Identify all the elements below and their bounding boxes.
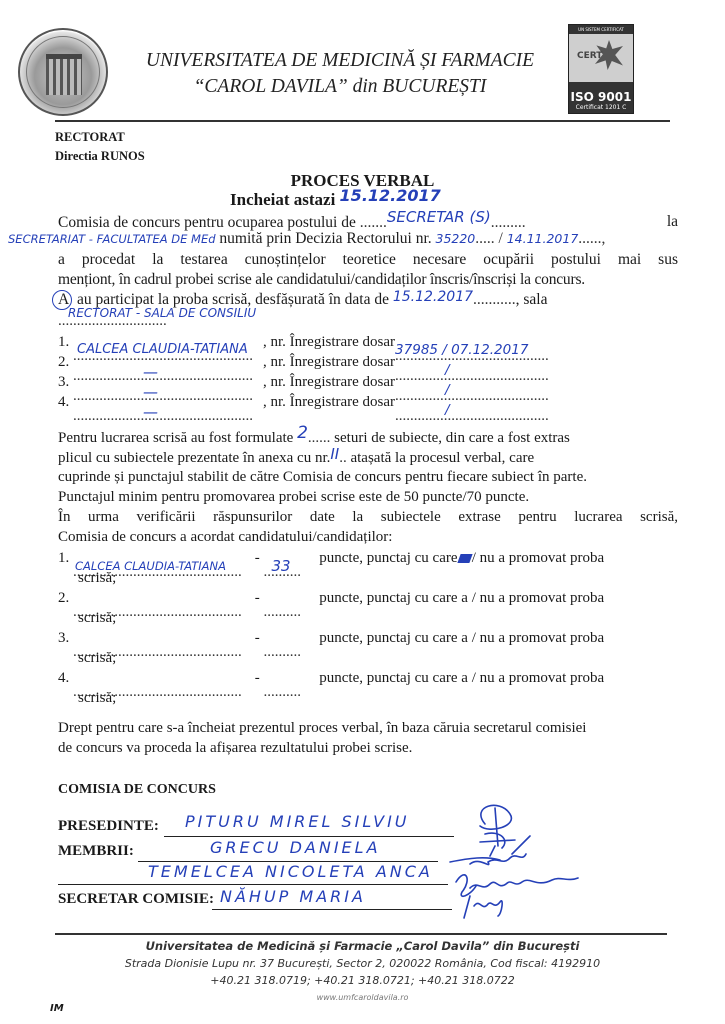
result-row: 3. .....................................…: [58, 628, 678, 648]
subjects-text: plicul cu subiectele prezentate în anexa…: [58, 450, 330, 466]
intro-la: la: [667, 212, 678, 232]
university-title-line2: “CAROL DAVILA” din BUCUREȘTI: [120, 74, 560, 100]
participant-row: 4. .....................................…: [58, 392, 678, 412]
intro-text: numită prin Decizia Rectorului nr.: [219, 230, 431, 247]
author-initials: IM: [50, 1003, 64, 1014]
subjects-line-4: Punctajul minim pentru promovarea probei…: [58, 487, 678, 507]
president-signature-icon: [480, 805, 515, 856]
participant-number: 2.: [58, 354, 69, 370]
iso-standard: ISO 9001: [569, 90, 633, 104]
result-rest: / nu a promovat proba: [472, 590, 604, 606]
signature-scribbles: [440, 796, 590, 921]
cert-logo: CERT: [569, 34, 633, 82]
document-subtitle: Incheiat astazi 15.12.2017: [230, 190, 441, 210]
footer-address: Strada Dionisie Lupu nr. 37 București, S…: [0, 955, 725, 972]
registration-label: , nr. Înregistrare dosar: [263, 394, 395, 410]
closing-line-1: Drept pentru care s-a încheiat prezentul…: [58, 718, 678, 738]
dots: ...........: [473, 291, 516, 308]
closing-line-2: de concurs va proceda la afișarea rezult…: [58, 738, 678, 758]
subjects-line-1: Pentru lucrarea scrisă au fost formulate…: [58, 427, 678, 448]
president-label: PRESEDINTE:: [58, 818, 159, 835]
decision-number-field: 35220: [436, 231, 476, 246]
secretary-signature-line: [212, 909, 452, 910]
registration-number: /: [445, 400, 450, 420]
subjects-line-5: În urma verificării răspunsurilor date l…: [58, 507, 678, 527]
intro-line-3: a procedat la testarea cunoștințelor teo…: [58, 250, 678, 270]
header-divider: [55, 120, 670, 122]
university-seal-logo: [18, 28, 108, 116]
secretary-signature-icon: [464, 896, 502, 918]
result-row-end: scrisă;: [78, 568, 698, 588]
footer: Universitatea de Medicină și Farmacie „C…: [0, 938, 725, 1006]
passed-a: a: [461, 630, 468, 646]
secretary-name: NĂHUP MARIA: [220, 887, 366, 906]
registration-label: , nr. Înregistrare dosar: [263, 334, 395, 350]
subjects-text: seturi de subiecte, din care a fost extr…: [334, 430, 570, 446]
document-date: 15.12.2017: [340, 186, 441, 205]
result-number: 2.: [58, 590, 69, 606]
subjects-line-3: cuprinde și punctajul stabilit de către …: [58, 467, 678, 487]
footer-divider: [55, 933, 667, 935]
struck-mark: [458, 554, 473, 563]
participant-row: 2. .....................................…: [58, 352, 678, 372]
member1-name: GRECU DANIELA: [210, 838, 381, 857]
passed-option: a: [461, 670, 468, 686]
passed-option: a: [461, 550, 468, 566]
result-row-end: scrisă;: [78, 648, 698, 668]
result-number: 3.: [58, 630, 69, 646]
intro-text: Comisia de concurs pentru ocuparea postu…: [58, 214, 356, 231]
dots: ..... /: [475, 230, 503, 247]
member2-signature-line: [58, 884, 448, 885]
member2-name: TEMELCEA NICOLETA ANCA: [148, 862, 433, 881]
result-text: puncte, punctaj cu care: [319, 550, 457, 566]
annex-number: II: [330, 445, 339, 463]
participant-number: 3.: [58, 374, 69, 390]
result-text: puncte, punctaj cu care: [319, 630, 457, 646]
department-directia: Directia RUNOS: [55, 149, 145, 164]
result-rest: / nu a promovat proba: [472, 630, 604, 646]
intro-sala: , sala: [516, 291, 548, 308]
iso-certification-badge: UN SISTEM CERTIFICAT CERT ISO 9001 Certi…: [568, 24, 634, 114]
exam-date-field: 15.12.2017: [393, 289, 473, 305]
passed-option: a: [461, 630, 468, 646]
result-number: 1.: [58, 550, 69, 566]
department-rectorat: RECTORAT: [55, 130, 125, 145]
decision-date-field: 14.11.2017: [507, 231, 579, 246]
member2-signature-icon: [456, 875, 578, 896]
subjects-line-2: plicul cu subiectele prezentate în anexa…: [58, 447, 678, 468]
building-icon: [46, 54, 82, 95]
members-label: MEMBRII:: [58, 843, 134, 860]
footer-phones: +40.21 318.0719; +40.21 318.0721; +40.21…: [0, 972, 725, 989]
participant-row: 1. .....................................…: [58, 332, 678, 352]
university-title-line1: UNIVERSITATEA DE MEDICINĂ ȘI FARMACIE: [120, 48, 560, 74]
date-label: Incheiat astazi: [230, 190, 335, 209]
president-name: PITURU MIREL SILVIU: [185, 812, 410, 831]
participant-row: 3. .....................................…: [58, 372, 678, 392]
commission-heading: COMISIA DE CONCURS: [58, 782, 216, 798]
iso-certificate-number: Certificat 1201 C: [569, 104, 633, 111]
result-row: 2. .....................................…: [58, 588, 678, 608]
registration-label: , nr. Înregistrare dosar: [263, 354, 395, 370]
result-number: 4.: [58, 670, 69, 686]
intro-line-4: menționt, în cadrul probei scrise ale ca…: [58, 270, 678, 290]
position-field: SECRETAR (S): [387, 208, 491, 226]
participant-name: —: [143, 402, 158, 422]
intro-line-2: SECRETARIAT - FACULTATEA DE MEd numită p…: [8, 230, 605, 248]
participant-number: 4.: [58, 394, 69, 410]
secretary-label: SECRETAR COMISIE:: [58, 891, 214, 908]
iso-badge-top-text: UN SISTEM CERTIFICAT: [569, 25, 633, 34]
passed-option: a: [461, 590, 468, 606]
dots: ......,: [578, 230, 605, 247]
result-row: 1. .....................................…: [58, 548, 678, 568]
result-row-end: scrisă;: [78, 688, 698, 708]
department-field: SECRETARIAT - FACULTATEA DE MEd: [8, 232, 216, 246]
footer-website: www.umfcaroldavila.ro: [0, 989, 725, 1006]
result-rest: / nu a promovat proba: [472, 670, 604, 686]
room-dots: .............................: [58, 313, 167, 330]
registration-label: , nr. Înregistrare dosar: [263, 374, 395, 390]
footer-university-name: Universitatea de Medicină și Farmacie „C…: [0, 938, 725, 955]
result-text: puncte, punctaj cu care: [319, 590, 457, 606]
passed-a: a: [461, 670, 468, 686]
dots: ......: [308, 430, 331, 446]
cert-brand: CERT: [577, 51, 602, 61]
result-row: 4. .....................................…: [58, 668, 678, 688]
president-signature-line: [164, 836, 454, 837]
subjects-text: atașată la procesul verbal, care: [350, 450, 534, 466]
dots: .......: [360, 214, 387, 231]
university-title: UNIVERSITATEA DE MEDICINĂ ȘI FARMACIE “C…: [120, 48, 560, 100]
dots: .........: [491, 214, 526, 231]
result-rest: / nu a promovat proba: [472, 550, 604, 566]
subjects-text: Pentru lucrarea scrisă au fost formulate: [58, 430, 293, 446]
member1-signature-icon: [450, 836, 530, 865]
dots: ..: [339, 450, 347, 466]
result-text: puncte, punctaj cu care: [319, 670, 457, 686]
subjects-line-6: Comisia de concurs a acordat candidatulu…: [58, 527, 678, 547]
passed-a: a: [461, 590, 468, 606]
result-row-end: scrisă;: [78, 608, 698, 628]
subject-sets-count: 2: [297, 423, 308, 443]
participant-number: 1.: [58, 334, 69, 350]
